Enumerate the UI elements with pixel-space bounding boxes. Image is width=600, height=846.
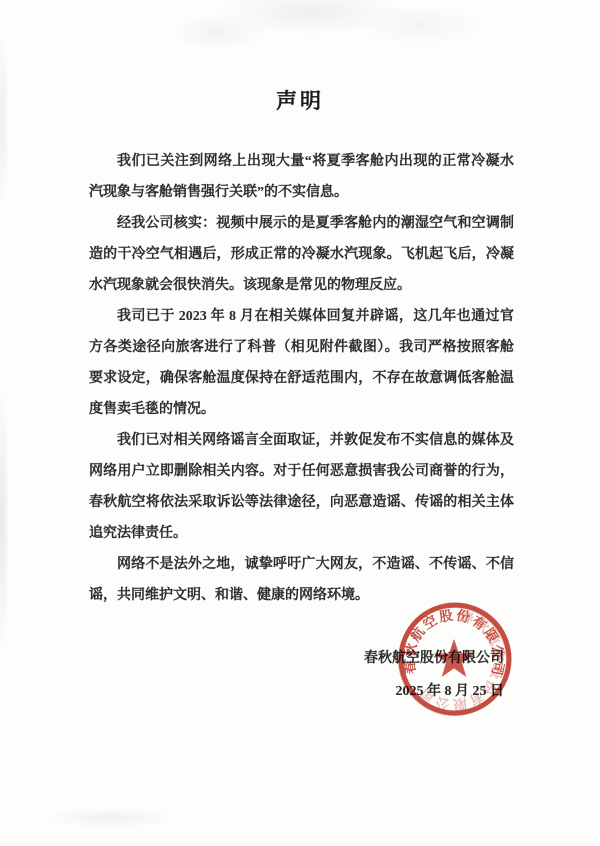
statement-line: 汽现象与客舱销售强行关联”的不实信息。 <box>89 177 514 208</box>
statement-line: 度售卖毛毯的情况。 <box>89 394 514 425</box>
statement-line: 我们已关注到网络上出现大量“将夏季客舱内出现的正常冷凝水 <box>89 146 514 177</box>
statement-line: 我司已于 2023 年 8 月在相关媒体回复并辟谣，这几年也通过官 <box>89 301 514 332</box>
statement-line: 网络用户立即删除相关内容。对于任何恶意损害我公司商誉的行为， <box>89 456 514 487</box>
statement-line: 经我公司核实：视频中展示的是夏季客舱内的潮湿空气和空调制 <box>89 208 514 239</box>
company-seal: 春秋航空股份有限公司 春秋航空股份有限公司 <box>390 595 520 725</box>
statement-line: 要求设定，确保客舱温度保持在舒适范围内，不存在故意调低客舱温 <box>89 363 514 394</box>
statement-line: 追究法律责任。 <box>89 518 514 549</box>
statement-line: 春秋航空将依法采取诉讼等法律途径，向恶意造谣、传谣的相关主体 <box>89 487 514 518</box>
statement-document: 声明 我们已关注到网络上出现大量“将夏季客舱内出现的正常冷凝水 汽现象与客舱销售… <box>0 0 600 846</box>
statement-line: 方各类途径向旅客进行了科普（相见附件截图）。我司严格按照客舱 <box>89 332 514 363</box>
statement-line: 造的干冷空气相遇后，形成正常的冷凝水汽现象。飞机起飞后，冷凝 <box>89 239 514 270</box>
statement-line: 水汽现象就会很快消失。该现象是常见的物理反应。 <box>89 270 514 301</box>
statement-line: 我们已对相关网络谣言全面取证，并敦促发布不实信息的媒体及 <box>89 425 514 456</box>
statement-body: 我们已关注到网络上出现大量“将夏季客舱内出现的正常冷凝水 汽现象与客舱销售强行关… <box>89 146 514 611</box>
page-title: 声明 <box>0 85 600 115</box>
star-icon <box>434 639 474 677</box>
statement-line: 网络不是法外之地，诚挚呼吁广大网友，不造谣、不传谣、不信 <box>89 549 514 580</box>
